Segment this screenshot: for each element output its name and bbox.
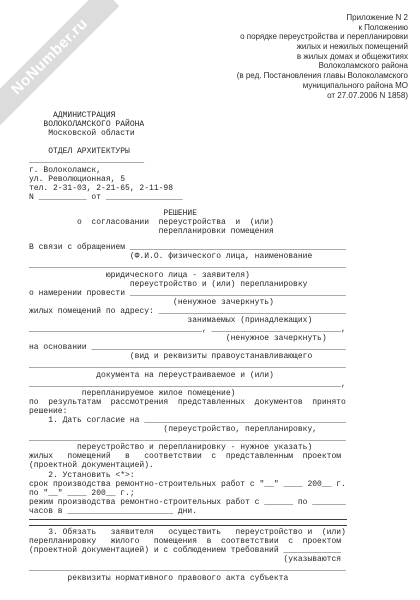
document-line: г. Волоколамск, <box>29 166 347 175</box>
document-line <box>29 519 347 526</box>
document-line: Московской области <box>29 129 347 138</box>
document-line <box>29 236 347 243</box>
document-line: 3. Обязать заявителя осуществить переуст… <box>29 528 347 537</box>
document-line <box>29 202 347 209</box>
document-line: срок производства ремонтно-строительных … <box>29 480 347 489</box>
document-line: ВОЛОКОЛАМСКОГО РАЙОНА <box>29 120 347 129</box>
header-line: (в ред. Постановления главы Волоколамско… <box>237 71 408 81</box>
document-line: ________________________________________… <box>29 380 347 389</box>
document-line: 2. Установить <*>: <box>29 471 347 480</box>
document-line: (Ф.И.О. физического лица, наименование <box>29 252 347 261</box>
header-line: от 27.07.2006 N 1858) <box>237 91 408 101</box>
header-line: жилых и нежилых помещений <box>237 42 408 52</box>
header-line: муниципального района МО <box>237 81 408 91</box>
document-line: часов в ______________________ дни. <box>29 507 347 516</box>
document-line: N __________ от ________________ <box>29 193 347 202</box>
header-line: Приложение N 2 <box>237 13 408 23</box>
document-line: жилых помещений в соответствии с предста… <box>29 452 347 461</box>
watermark-ribbon: NoNumber.ru <box>0 0 119 126</box>
document-line: перепланируемое жилое помещение) <box>29 389 347 398</box>
document-line: переустройство и (или) перепланировку <box>29 280 347 289</box>
document-line: режим производства ремонтно-строительных… <box>29 498 347 507</box>
document-line: жилых помещений по адресу: _____________… <box>29 307 347 316</box>
document-line: о согласовании переустройства и (или) <box>29 218 347 227</box>
header-line: о порядке переустройства и перепланировк… <box>237 32 408 42</box>
document-line: ________________________________________… <box>29 261 347 270</box>
document-line: ________________________________________… <box>29 434 347 443</box>
document-line: ул. Революционная, 5 <box>29 175 347 184</box>
document-line: (вид и реквизиты правоустанавливающего <box>29 352 347 361</box>
header-line: к Положению <box>237 23 408 33</box>
document-line: (проектной документацией). <box>29 461 347 470</box>
document-line: юридического лица - заявителя) <box>29 271 347 280</box>
document-line: реквизиты нормативного правового акта су… <box>29 574 347 583</box>
header-line: в жилых домах и общежитиях <box>237 52 408 62</box>
document-line: тел. 2-31-03, 2-21-65, 2-11-98 <box>29 184 347 193</box>
document-line: 1. Дать согласие на ____________________… <box>29 416 347 425</box>
document-line: РЕШЕНИЕ <box>29 209 347 218</box>
document-line: по результатам рассмотрения представленн… <box>29 398 347 407</box>
document-line: о намерении провести ___________________… <box>29 289 347 298</box>
document-line: (ненужное зачеркнуть) <box>29 334 347 343</box>
document-line: АДМИНИСТРАЦИЯ <box>29 111 347 120</box>
header-line: Волоколамского района <box>237 61 408 71</box>
document-page: NoNumber.ru Приложение N 2к Положениюо п… <box>0 0 420 600</box>
document-line: перепланировки помещения <box>29 227 347 236</box>
document-line: по "__" ____ 200__ г.; <box>29 489 347 498</box>
document-line: (указываются <box>29 555 347 564</box>
document-line: (переустройство, перепланировку, <box>29 425 347 434</box>
document-line: (ненужное зачеркнуть) <box>29 298 347 307</box>
document-line <box>29 138 347 147</box>
document-line: переустройство и перепланировку - нужное… <box>29 443 347 452</box>
document-line: ________________________________________… <box>29 564 347 573</box>
document-line: документа на переустраиваемое и (или) <box>29 371 347 380</box>
document-line: занимаемых (принадлежащих) <box>29 316 347 325</box>
document-line: ________________________________________… <box>29 361 347 370</box>
document-line: ________________________ <box>29 156 347 165</box>
appendix-header: Приложение N 2к Положениюо порядке переу… <box>237 13 408 100</box>
document-line: на основании ___________________________… <box>29 343 347 352</box>
document-body: АДМИНИСТРАЦИЯ ВОЛОКОЛАМСКОГО РАЙОНА Моск… <box>29 111 347 583</box>
document-line: В связи с обращением ___________________… <box>29 243 347 252</box>
document-line: перепланировку жилого помещения в соотве… <box>29 537 347 546</box>
document-line: ОТДЕЛ АРХИТЕКТУРЫ <box>29 147 347 156</box>
document-line: (проектной документацией) и с соблюдение… <box>29 546 347 555</box>
document-line: решение: <box>29 407 347 416</box>
document-line: ____________________________________, __… <box>29 325 347 334</box>
